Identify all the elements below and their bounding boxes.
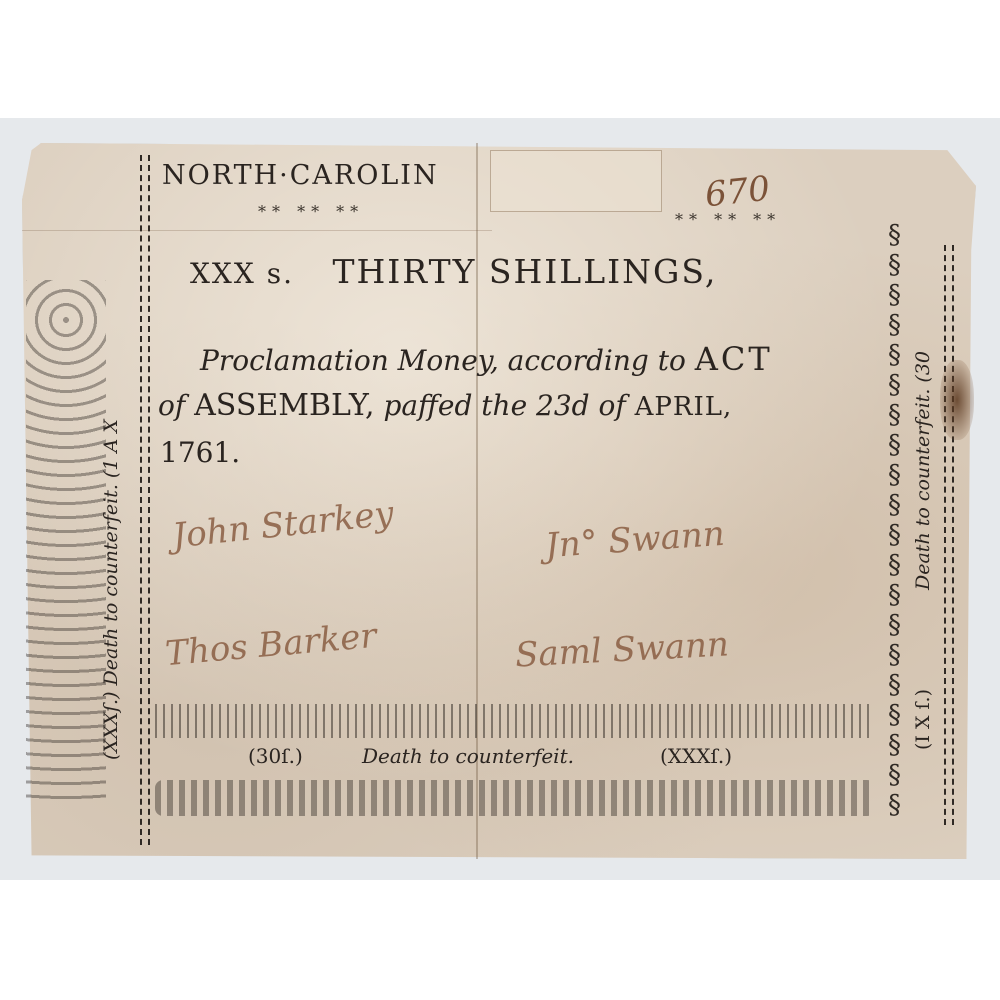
horizontal-crease (22, 230, 492, 231)
footer-left-value: (30ſ.) (248, 744, 303, 768)
ink-stain (940, 360, 974, 440)
right-border-text: Death to counterfeit. (30 (912, 351, 934, 590)
title-denomination: XXX s. (190, 257, 294, 290)
ornamental-border-top (155, 704, 875, 738)
right-border-rule (944, 245, 954, 825)
body-line-2-italic: paffed the 23d of (383, 389, 625, 422)
paper-repair-patch (490, 150, 662, 212)
ornamental-border-bottom (155, 780, 875, 816)
body-line-1-italic: Proclamation Money, according to (200, 344, 686, 377)
body-line-2-prefix: of (158, 389, 185, 422)
body-line-1: Proclamation Money, according to ACT (200, 340, 773, 378)
body-line-1-caps: ACT (695, 340, 773, 378)
body-line-2: of ASSEMBLY, paffed the 23d of APRIL, (158, 388, 732, 423)
right-section-sign-column: §§§§§§§§§§§§§§§§§§§§ (888, 220, 908, 820)
body-line-2-month: APRIL, (635, 392, 733, 422)
left-border-text: (XXXſ.) Death to counterfeit. (1 A X (100, 419, 122, 760)
body-line-2-caps: ASSEMBLY, (194, 388, 374, 423)
note-title: XXX s. THIRTY SHILLINGS, (190, 252, 717, 291)
serial-number: 670 (703, 169, 772, 216)
right-border-bottom-value: (I X ſ.) (912, 689, 934, 750)
note-header: NORTH·CAROLIN (162, 160, 439, 191)
title-text: THIRTY SHILLINGS, (332, 252, 717, 291)
left-border-rule (140, 155, 150, 845)
left-floral-ornament (26, 280, 106, 800)
header-stars-left: ** ** ** (258, 202, 364, 221)
body-line-3: 1761. (160, 436, 240, 469)
footer-right-value: (XXXſ.) (660, 744, 732, 768)
footer-warning: Death to counterfeit. (362, 744, 574, 768)
